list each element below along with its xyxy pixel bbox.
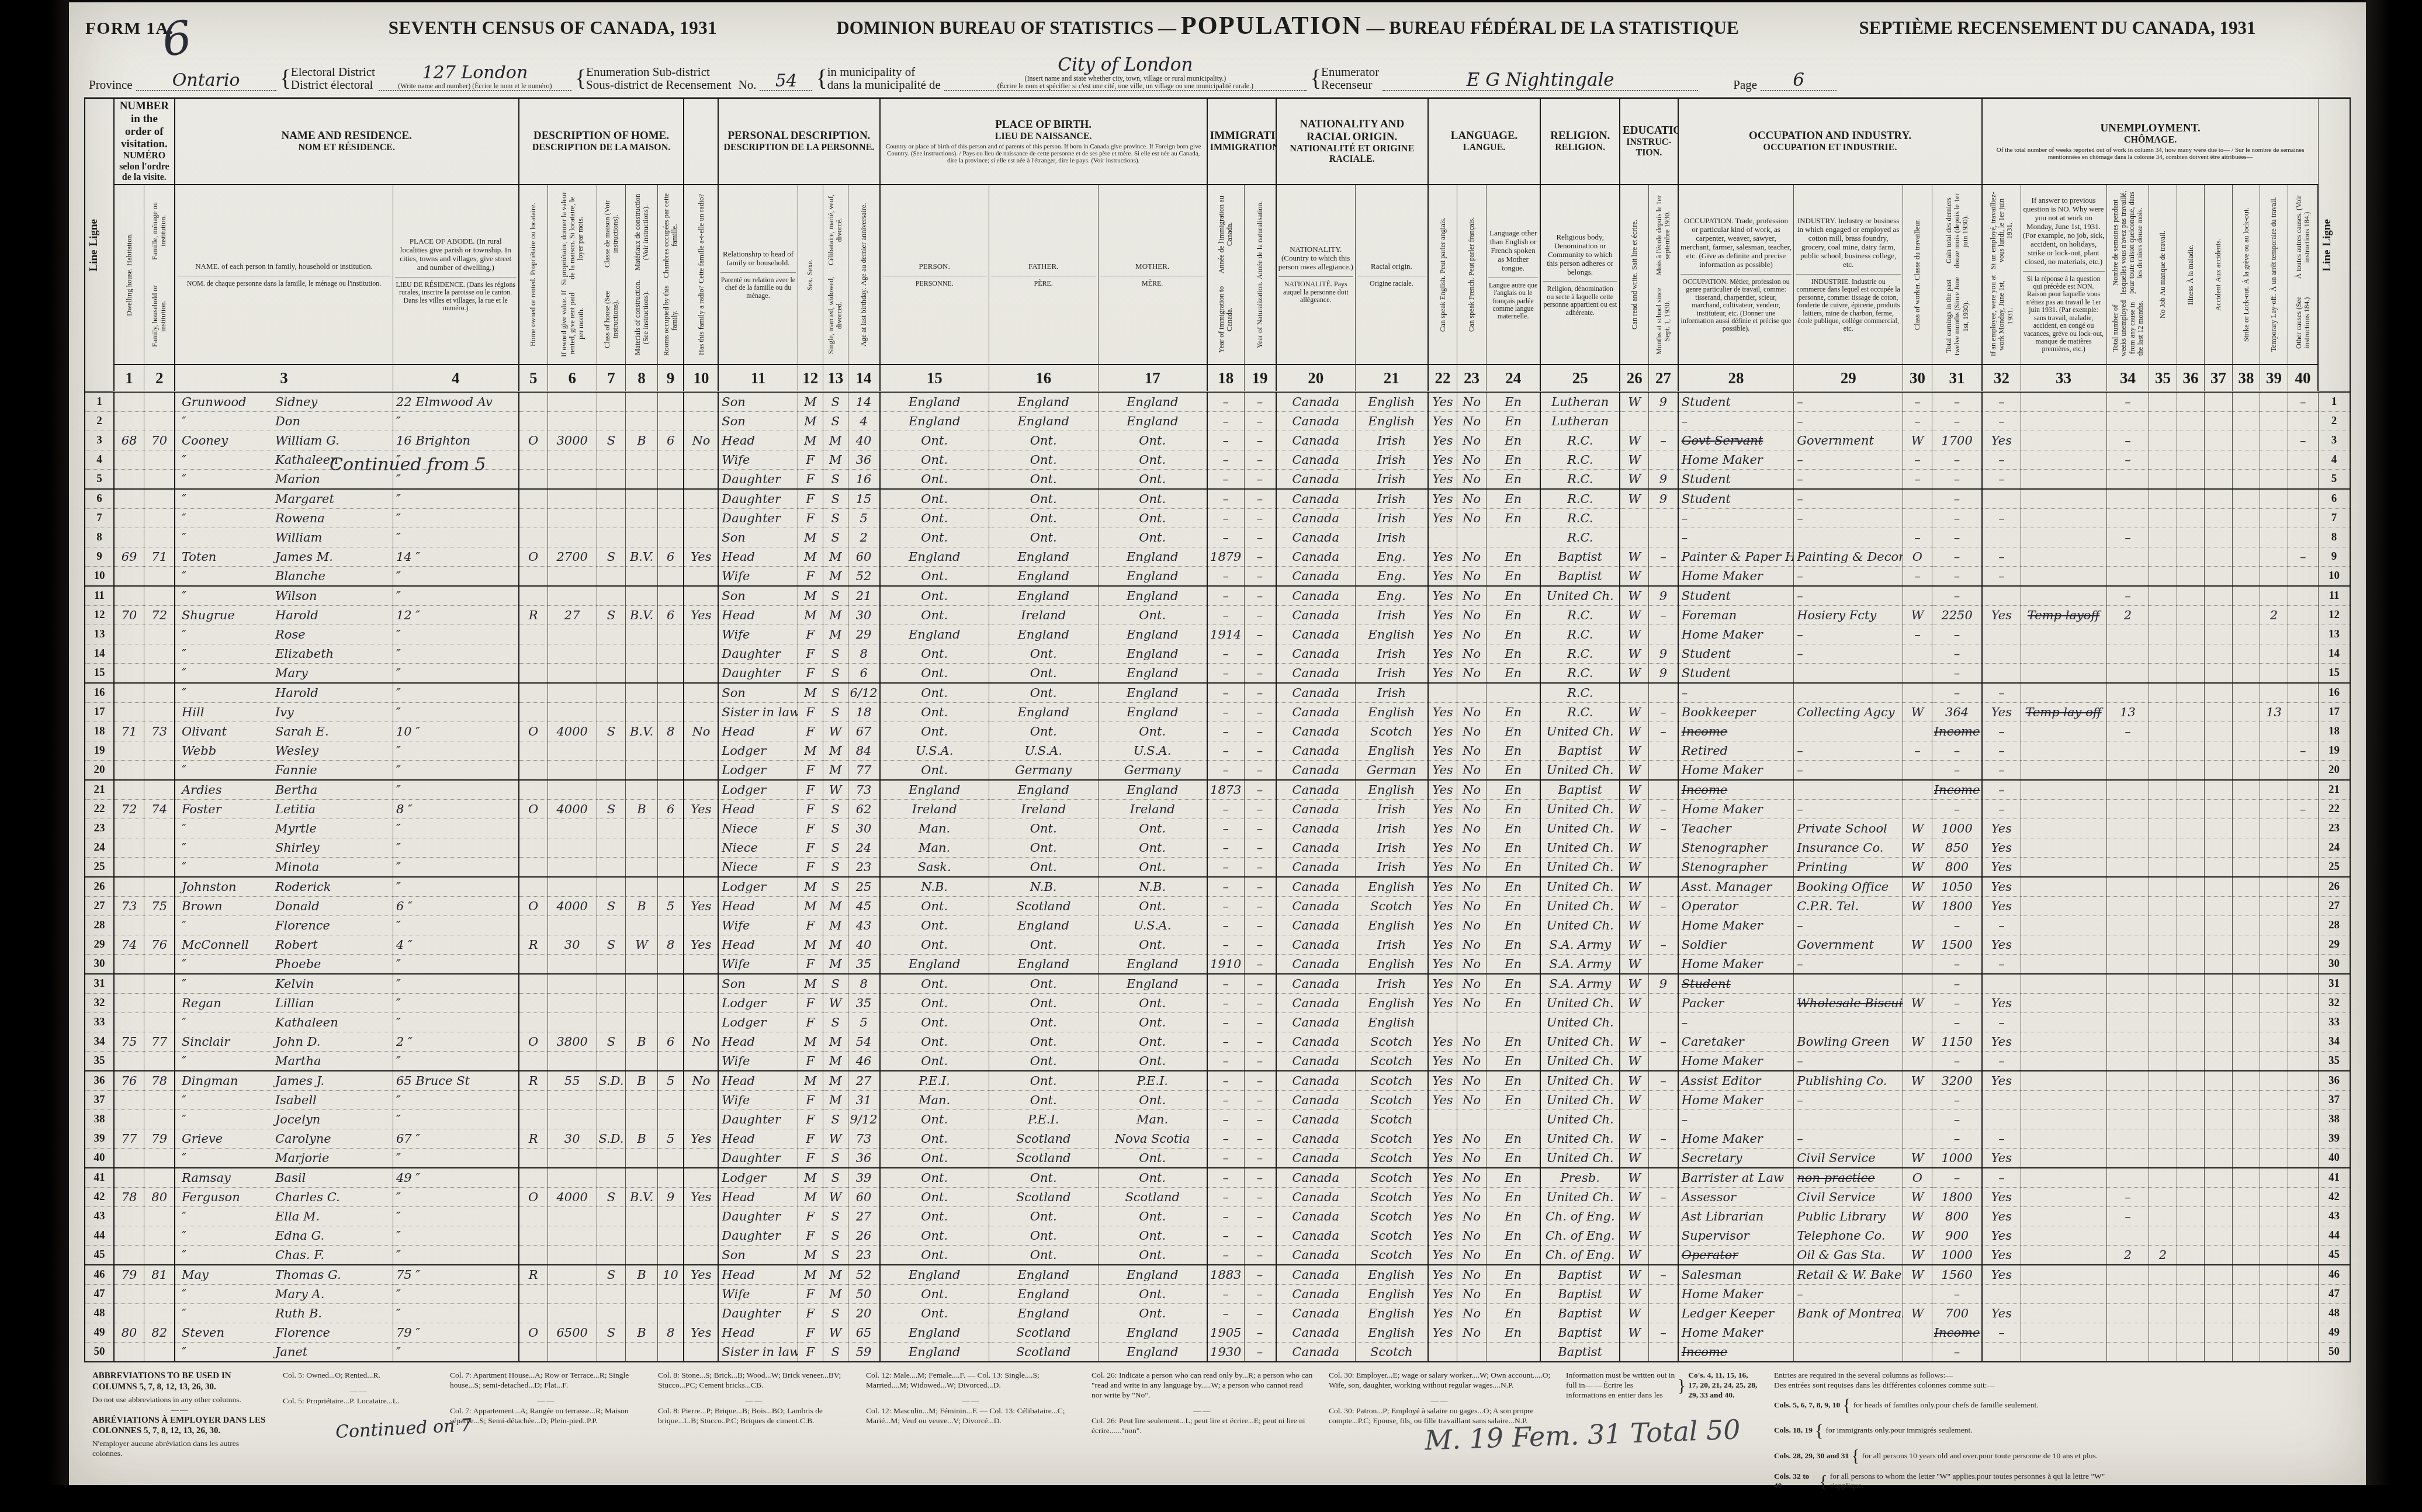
name-cell: ″Don (175, 412, 393, 431)
row-cell: 1883 (1207, 1265, 1244, 1285)
table-body: 1GrunwoodSidney22 Elmwood AvSonMS14Engla… (85, 392, 2350, 1362)
row-cell: 30 (848, 819, 879, 838)
row-cell: B.V. (626, 1188, 657, 1207)
row-cell: Home Maker (1678, 1285, 1794, 1304)
row-cell: R.C. (1540, 470, 1620, 490)
row-cell (2205, 509, 2233, 528)
row-cell (1903, 974, 1932, 994)
row-cell: – (1982, 741, 2021, 761)
row-cell (626, 412, 657, 431)
row-cell: S (823, 858, 848, 878)
row-cell: O (519, 1188, 548, 1207)
row-cell: S (597, 1188, 626, 1207)
row-cell (2106, 1265, 2149, 1285)
row-cell: S.D. (597, 1129, 626, 1149)
row-cell: No (684, 1032, 718, 1052)
row-cell (2106, 1149, 2149, 1168)
name-cell: ″Harold (175, 683, 393, 703)
row-cell (597, 1343, 626, 1362)
row-cell: Yes (1982, 994, 2021, 1013)
row-cell: Hosiery Fcty (1794, 606, 1903, 625)
table-row: 23″Myrtle″NieceFS30Man.Ont.Ont.––CanadaI… (85, 819, 2350, 838)
row-cell: – (1903, 741, 1932, 761)
row-cell (2149, 1285, 2177, 1304)
row-cell (2288, 625, 2318, 644)
table-row: 10″Blanche″WifeFM52Ont.EnglandEngland––C… (85, 567, 2350, 587)
row-cell (2177, 1285, 2205, 1304)
table-row: 14″Elizabeth″DaughterFS8Ont.Ont.England–… (85, 644, 2350, 664)
row-cell (519, 470, 548, 490)
row-cell (144, 1091, 175, 1110)
row-cell (684, 1168, 718, 1188)
row-cell: Scotland (989, 897, 1098, 916)
name-cell: ″Ella M. (175, 1207, 393, 1226)
row-cell: 73 (114, 897, 144, 916)
row-cell (1982, 1091, 2021, 1110)
row-cell: Canada (1276, 1052, 1356, 1071)
row-cell (626, 1343, 657, 1362)
row-cell: 23 (848, 858, 879, 878)
row-cell (2260, 741, 2288, 761)
row-cell: W (1620, 547, 1649, 567)
name-cell: ″Rose (175, 625, 393, 644)
row-cell: 76 (114, 1071, 144, 1091)
row-cell (2232, 489, 2260, 509)
line-number: 10 (85, 567, 114, 587)
row-cell: Yes (1428, 489, 1457, 509)
row-cell: W (1620, 1265, 1649, 1285)
row-cell (684, 567, 718, 587)
row-cell: Canada (1276, 431, 1356, 450)
row-cell: – (1932, 1110, 1982, 1129)
row-cell: 77 (144, 1032, 175, 1052)
row-cell: 80 (144, 1188, 175, 1207)
row-cell: Ont. (880, 606, 989, 625)
row-cell: En (1486, 431, 1540, 450)
row-cell: England (1098, 412, 1207, 431)
row-cell: Canada (1276, 1110, 1356, 1129)
row-cell: En (1486, 1071, 1540, 1091)
row-cell (1903, 1110, 1932, 1129)
line-number: 25 (85, 858, 114, 878)
row-cell: Canada (1276, 412, 1356, 431)
row-cell (2260, 450, 2288, 470)
row-cell (2149, 1149, 2177, 1168)
row-cell (2205, 392, 2233, 412)
row-cell (519, 509, 548, 528)
row-cell: Head (718, 606, 798, 625)
row-cell: ″ (393, 1207, 518, 1226)
row-cell (2177, 1110, 2205, 1129)
row-cell (2106, 916, 2149, 935)
table-row: 96971TotenJames M.14 ″O2700SB.V.6YesHead… (85, 547, 2350, 567)
name-cell: ″Myrtle (175, 819, 393, 838)
row-cell: Ledger Keeper (1678, 1304, 1794, 1323)
row-cell: Canada (1276, 1207, 1356, 1226)
row-cell (1982, 974, 2021, 994)
row-cell: W (1620, 877, 1649, 897)
row-cell: Home Maker (1678, 761, 1794, 781)
row-cell: S (597, 1032, 626, 1052)
line-number: 12 (2318, 606, 2350, 625)
line-number: 30 (2318, 955, 2350, 975)
row-cell (597, 819, 626, 838)
row-cell: ″ (393, 1149, 518, 1168)
line-number: 9 (85, 547, 114, 567)
row-cell: 24 (848, 838, 879, 858)
row-cell: F (798, 567, 823, 587)
row-cell: – (1207, 858, 1244, 878)
row-cell: En (1486, 1246, 1540, 1265)
row-cell: 82 (144, 1323, 175, 1343)
row-cell: No (1457, 1052, 1487, 1071)
row-cell: No (1457, 625, 1487, 644)
line-number: 24 (85, 838, 114, 858)
row-cell: – (1207, 1052, 1244, 1071)
row-cell: Scotland (989, 1343, 1098, 1362)
row-cell: Painting & Decorating (1794, 547, 1903, 567)
row-cell: Canada (1276, 1188, 1356, 1207)
row-cell: M (798, 412, 823, 431)
row-cell: M (798, 1071, 823, 1091)
column-header-3: NAME. of each person in family, househol… (175, 185, 393, 365)
row-cell (597, 470, 626, 490)
row-cell: – (1244, 897, 1276, 916)
row-cell (2177, 1226, 2205, 1246)
row-cell: Ont. (989, 644, 1098, 664)
row-cell (597, 741, 626, 761)
row-cell: W (823, 722, 848, 741)
row-cell: – (1244, 470, 1276, 490)
subdistrict-no-label: No. (735, 78, 760, 91)
row-cell: No (1457, 741, 1487, 761)
row-cell (2149, 586, 2177, 606)
row-cell: Eng. (1355, 567, 1428, 587)
row-cell: Scotland (989, 1188, 1098, 1207)
row-cell (626, 1149, 657, 1168)
row-cell: 4000 (548, 722, 597, 741)
row-cell: – (1794, 586, 1903, 606)
line-number: 19 (85, 741, 114, 761)
row-cell: Foreman (1678, 606, 1794, 625)
row-cell: S.A. Army (1540, 935, 1620, 955)
row-cell: W (1903, 858, 1932, 878)
row-cell (548, 741, 597, 761)
row-cell (2260, 1304, 2288, 1323)
name-cell: ″Edna G. (175, 1226, 393, 1246)
row-cell (2260, 1188, 2288, 1207)
row-cell (548, 1207, 597, 1226)
row-cell (1903, 1285, 1932, 1304)
row-cell: – (1207, 1168, 1244, 1188)
row-cell: Ont. (989, 1071, 1098, 1091)
row-cell (2106, 1110, 2149, 1129)
column-number: 39 (2260, 365, 2288, 392)
row-cell: W (1620, 974, 1649, 994)
row-cell: B (626, 1265, 657, 1285)
row-cell: Wife (718, 916, 798, 935)
line-column-header: LineLigne (85, 98, 114, 392)
row-cell: Yes (1428, 1032, 1457, 1052)
row-cell: Head (718, 1323, 798, 1343)
form-header: 6 FORM 1A. SEVENTH CENSUS OF CANADA, 193… (69, 2, 2366, 91)
row-cell (519, 703, 548, 722)
row-cell: Yes (684, 1265, 718, 1285)
row-cell (144, 1110, 175, 1129)
row-cell (2232, 1149, 2260, 1168)
row-cell: United Ch. (1540, 877, 1620, 897)
row-cell: Sask. (880, 858, 989, 878)
row-cell: – (1207, 703, 1244, 722)
row-cell (1620, 1110, 1649, 1129)
row-cell: En (1486, 1129, 1540, 1149)
row-cell: Yes (1428, 722, 1457, 741)
row-cell (2177, 606, 2205, 625)
row-cell (2021, 431, 2106, 450)
row-cell: Printing (1794, 858, 1903, 878)
row-cell: 77 (114, 1129, 144, 1149)
row-cell: 4000 (548, 897, 597, 916)
row-cell: M (798, 606, 823, 625)
row-cell (2205, 877, 2233, 897)
row-cell (2260, 1323, 2288, 1343)
name-cell: ″William (175, 528, 393, 547)
row-cell: S (597, 1265, 626, 1285)
row-cell: No (1457, 1207, 1487, 1226)
column-header-17: MOTHER.MÈRE. (1098, 185, 1207, 365)
column-number: 7 (597, 365, 626, 392)
row-cell: Daughter (718, 489, 798, 509)
row-cell: Yes (1982, 858, 2021, 878)
row-cell: 6 (657, 800, 684, 819)
row-cell (2177, 955, 2205, 975)
row-cell: – (1207, 1207, 1244, 1226)
row-cell (2149, 741, 2177, 761)
row-cell (1649, 838, 1678, 858)
row-cell: En (1486, 955, 1540, 975)
row-cell: En (1486, 1168, 1540, 1188)
row-cell: 16 Brighton (393, 431, 518, 450)
name-cell: FergusonCharles C. (175, 1188, 393, 1207)
row-cell (2232, 1343, 2260, 1362)
table-row: 467981MayThomas G.75 ″RSB10YesHeadMM52En… (85, 1265, 2350, 1285)
row-cell: – (1207, 916, 1244, 935)
row-cell: Public Library (1794, 1207, 1903, 1226)
row-cell: No (1457, 489, 1487, 509)
row-cell: Ont. (880, 586, 989, 606)
row-cell (2177, 489, 2205, 509)
row-cell: Son (718, 683, 798, 703)
row-cell (2177, 412, 2205, 431)
row-cell (2260, 916, 2288, 935)
row-cell: 70 (144, 431, 175, 450)
row-cell: S.A. Army (1540, 955, 1620, 975)
row-cell: Supervisor (1678, 1226, 1794, 1246)
row-cell: – (1244, 1246, 1276, 1265)
row-cell: 4 ″ (393, 935, 518, 955)
row-cell: En (1486, 703, 1540, 722)
row-cell: Lodger (718, 780, 798, 800)
row-cell: Canada (1276, 1149, 1356, 1168)
row-cell: Baptist (1540, 1285, 1620, 1304)
row-cell (2177, 780, 2205, 800)
row-cell: – (1932, 664, 1982, 684)
line-number: 8 (2318, 528, 2350, 547)
row-cell (597, 1285, 626, 1304)
column-header-2: Family, household or institution.Famille… (144, 185, 175, 365)
column-header-6: If owned give value. If rented, give ren… (548, 185, 597, 365)
row-cell: No (1457, 392, 1487, 412)
row-cell: Head (718, 800, 798, 819)
row-cell (2260, 819, 2288, 838)
row-cell: Canada (1276, 877, 1356, 897)
row-cell: England (989, 703, 1098, 722)
row-cell: R.C. (1540, 431, 1620, 450)
row-cell (597, 509, 626, 528)
row-cell: Yes (1428, 741, 1457, 761)
row-cell (519, 761, 548, 781)
row-cell: Canada (1276, 703, 1356, 722)
row-cell: Baptist (1540, 1343, 1620, 1362)
row-cell: Income (1932, 1323, 1982, 1343)
row-cell (2232, 683, 2260, 703)
row-cell: M (798, 1265, 823, 1285)
row-cell: En (1486, 450, 1540, 470)
table-row: 38″Jocelyn″DaughterFS9/12Ont.P.E.I.Man.–… (85, 1110, 2350, 1129)
row-cell: 8 (657, 1323, 684, 1343)
row-cell: England (880, 955, 989, 975)
row-cell: No (1457, 644, 1487, 664)
row-cell: – (1794, 489, 1903, 509)
row-cell: No (1457, 974, 1487, 994)
row-cell (626, 392, 657, 412)
row-cell (2260, 1207, 2288, 1226)
table-row: 47″Mary A.″WifeFM50Ont.EnglandOnt.––Cana… (85, 1285, 2350, 1304)
row-cell (1620, 1013, 1649, 1032)
row-cell: 75 (114, 1032, 144, 1052)
row-cell: Yes (1428, 431, 1457, 450)
row-cell (2149, 780, 2177, 800)
row-cell (2260, 1285, 2288, 1304)
row-cell (548, 683, 597, 703)
row-cell: Irish (1355, 470, 1428, 490)
row-cell: 9 (657, 1188, 684, 1207)
row-cell: Home Maker (1678, 800, 1794, 819)
row-cell: – (1932, 1091, 1982, 1110)
column-number: 29 (1794, 365, 1903, 392)
row-cell: 5 (657, 897, 684, 916)
row-cell: Yes (684, 1129, 718, 1149)
row-cell: No (684, 722, 718, 741)
name-cell: ″Phoebe (175, 955, 393, 975)
row-cell (2232, 1285, 2260, 1304)
row-cell (2205, 916, 2233, 935)
row-cell (144, 509, 175, 528)
row-cell: 67 (848, 722, 879, 741)
row-cell: 2700 (548, 547, 597, 567)
row-cell (1649, 1168, 1678, 1188)
row-cell: Ont. (880, 1188, 989, 1207)
row-cell (2021, 1091, 2106, 1110)
table-row: 227274FosterLetitia8 ″O4000SB6YesHeadFS6… (85, 800, 2350, 819)
row-cell (2205, 586, 2233, 606)
row-cell: S (823, 1149, 848, 1168)
row-cell (2177, 1052, 2205, 1071)
row-cell: Yes (1982, 1226, 2021, 1246)
row-cell: Ont. (989, 1168, 1098, 1188)
row-cell: 1050 (1932, 877, 1982, 897)
row-cell (2149, 1207, 2177, 1226)
row-cell: Irish (1355, 935, 1428, 955)
row-cell (597, 1168, 626, 1188)
row-cell: S (823, 1207, 848, 1226)
row-cell (519, 625, 548, 644)
row-cell (519, 528, 548, 547)
row-cell (548, 1265, 597, 1285)
row-cell: Ont. (989, 838, 1098, 858)
row-cell: Ont. (989, 858, 1098, 878)
table-row: 48″Ruth B.″DaughterFS20Ont.EnglandOnt.––… (85, 1304, 2350, 1323)
row-cell (1649, 1343, 1678, 1362)
row-cell: Yes (1982, 1188, 2021, 1207)
row-cell: P.E.I. (1098, 1071, 1207, 1091)
row-cell: En (1486, 606, 1540, 625)
row-cell (114, 1285, 144, 1304)
row-cell: ″ (393, 819, 518, 838)
row-cell: – (1932, 1013, 1982, 1032)
row-cell (684, 1226, 718, 1246)
row-cell: En (1486, 586, 1540, 606)
row-cell: – (1932, 683, 1982, 703)
row-cell: – (1207, 392, 1244, 412)
row-cell (2149, 470, 2177, 490)
line-number: 48 (2318, 1304, 2350, 1323)
row-cell: Niece (718, 838, 798, 858)
row-cell: Yes (1428, 644, 1457, 664)
row-cell: 9 (1649, 489, 1678, 509)
row-cell: Ont. (989, 683, 1098, 703)
row-cell: Operator (1678, 1246, 1794, 1265)
row-cell (2021, 780, 2106, 800)
row-cell: Lutheran (1540, 412, 1620, 431)
row-cell (1649, 1304, 1678, 1323)
row-cell: S (823, 528, 848, 547)
row-cell: S (823, 470, 848, 490)
row-cell: Canada (1276, 1323, 1356, 1343)
row-cell (2232, 606, 2260, 625)
row-cell: En (1486, 838, 1540, 858)
row-cell (2106, 800, 2149, 819)
row-cell: Wife (718, 1052, 798, 1071)
row-cell: U.S.A. (880, 741, 989, 761)
row-cell: F (798, 916, 823, 935)
row-cell (684, 412, 718, 431)
row-cell: P.E.I. (880, 1071, 989, 1091)
row-cell (2205, 1323, 2233, 1343)
row-cell (2149, 761, 2177, 781)
row-cell: S (823, 683, 848, 703)
row-cell (2149, 1052, 2177, 1071)
row-cell: M (823, 606, 848, 625)
row-cell (114, 994, 144, 1013)
row-cell (144, 974, 175, 994)
row-cell: O (519, 431, 548, 450)
row-cell: – (1207, 664, 1244, 684)
row-cell: Bowling Green (1794, 1032, 1903, 1052)
row-cell: 36 (848, 1149, 879, 1168)
line-number: 39 (2318, 1129, 2350, 1149)
table-row: 40″Marjorie″DaughterFS36Ont.ScotlandOnt.… (85, 1149, 2350, 1168)
